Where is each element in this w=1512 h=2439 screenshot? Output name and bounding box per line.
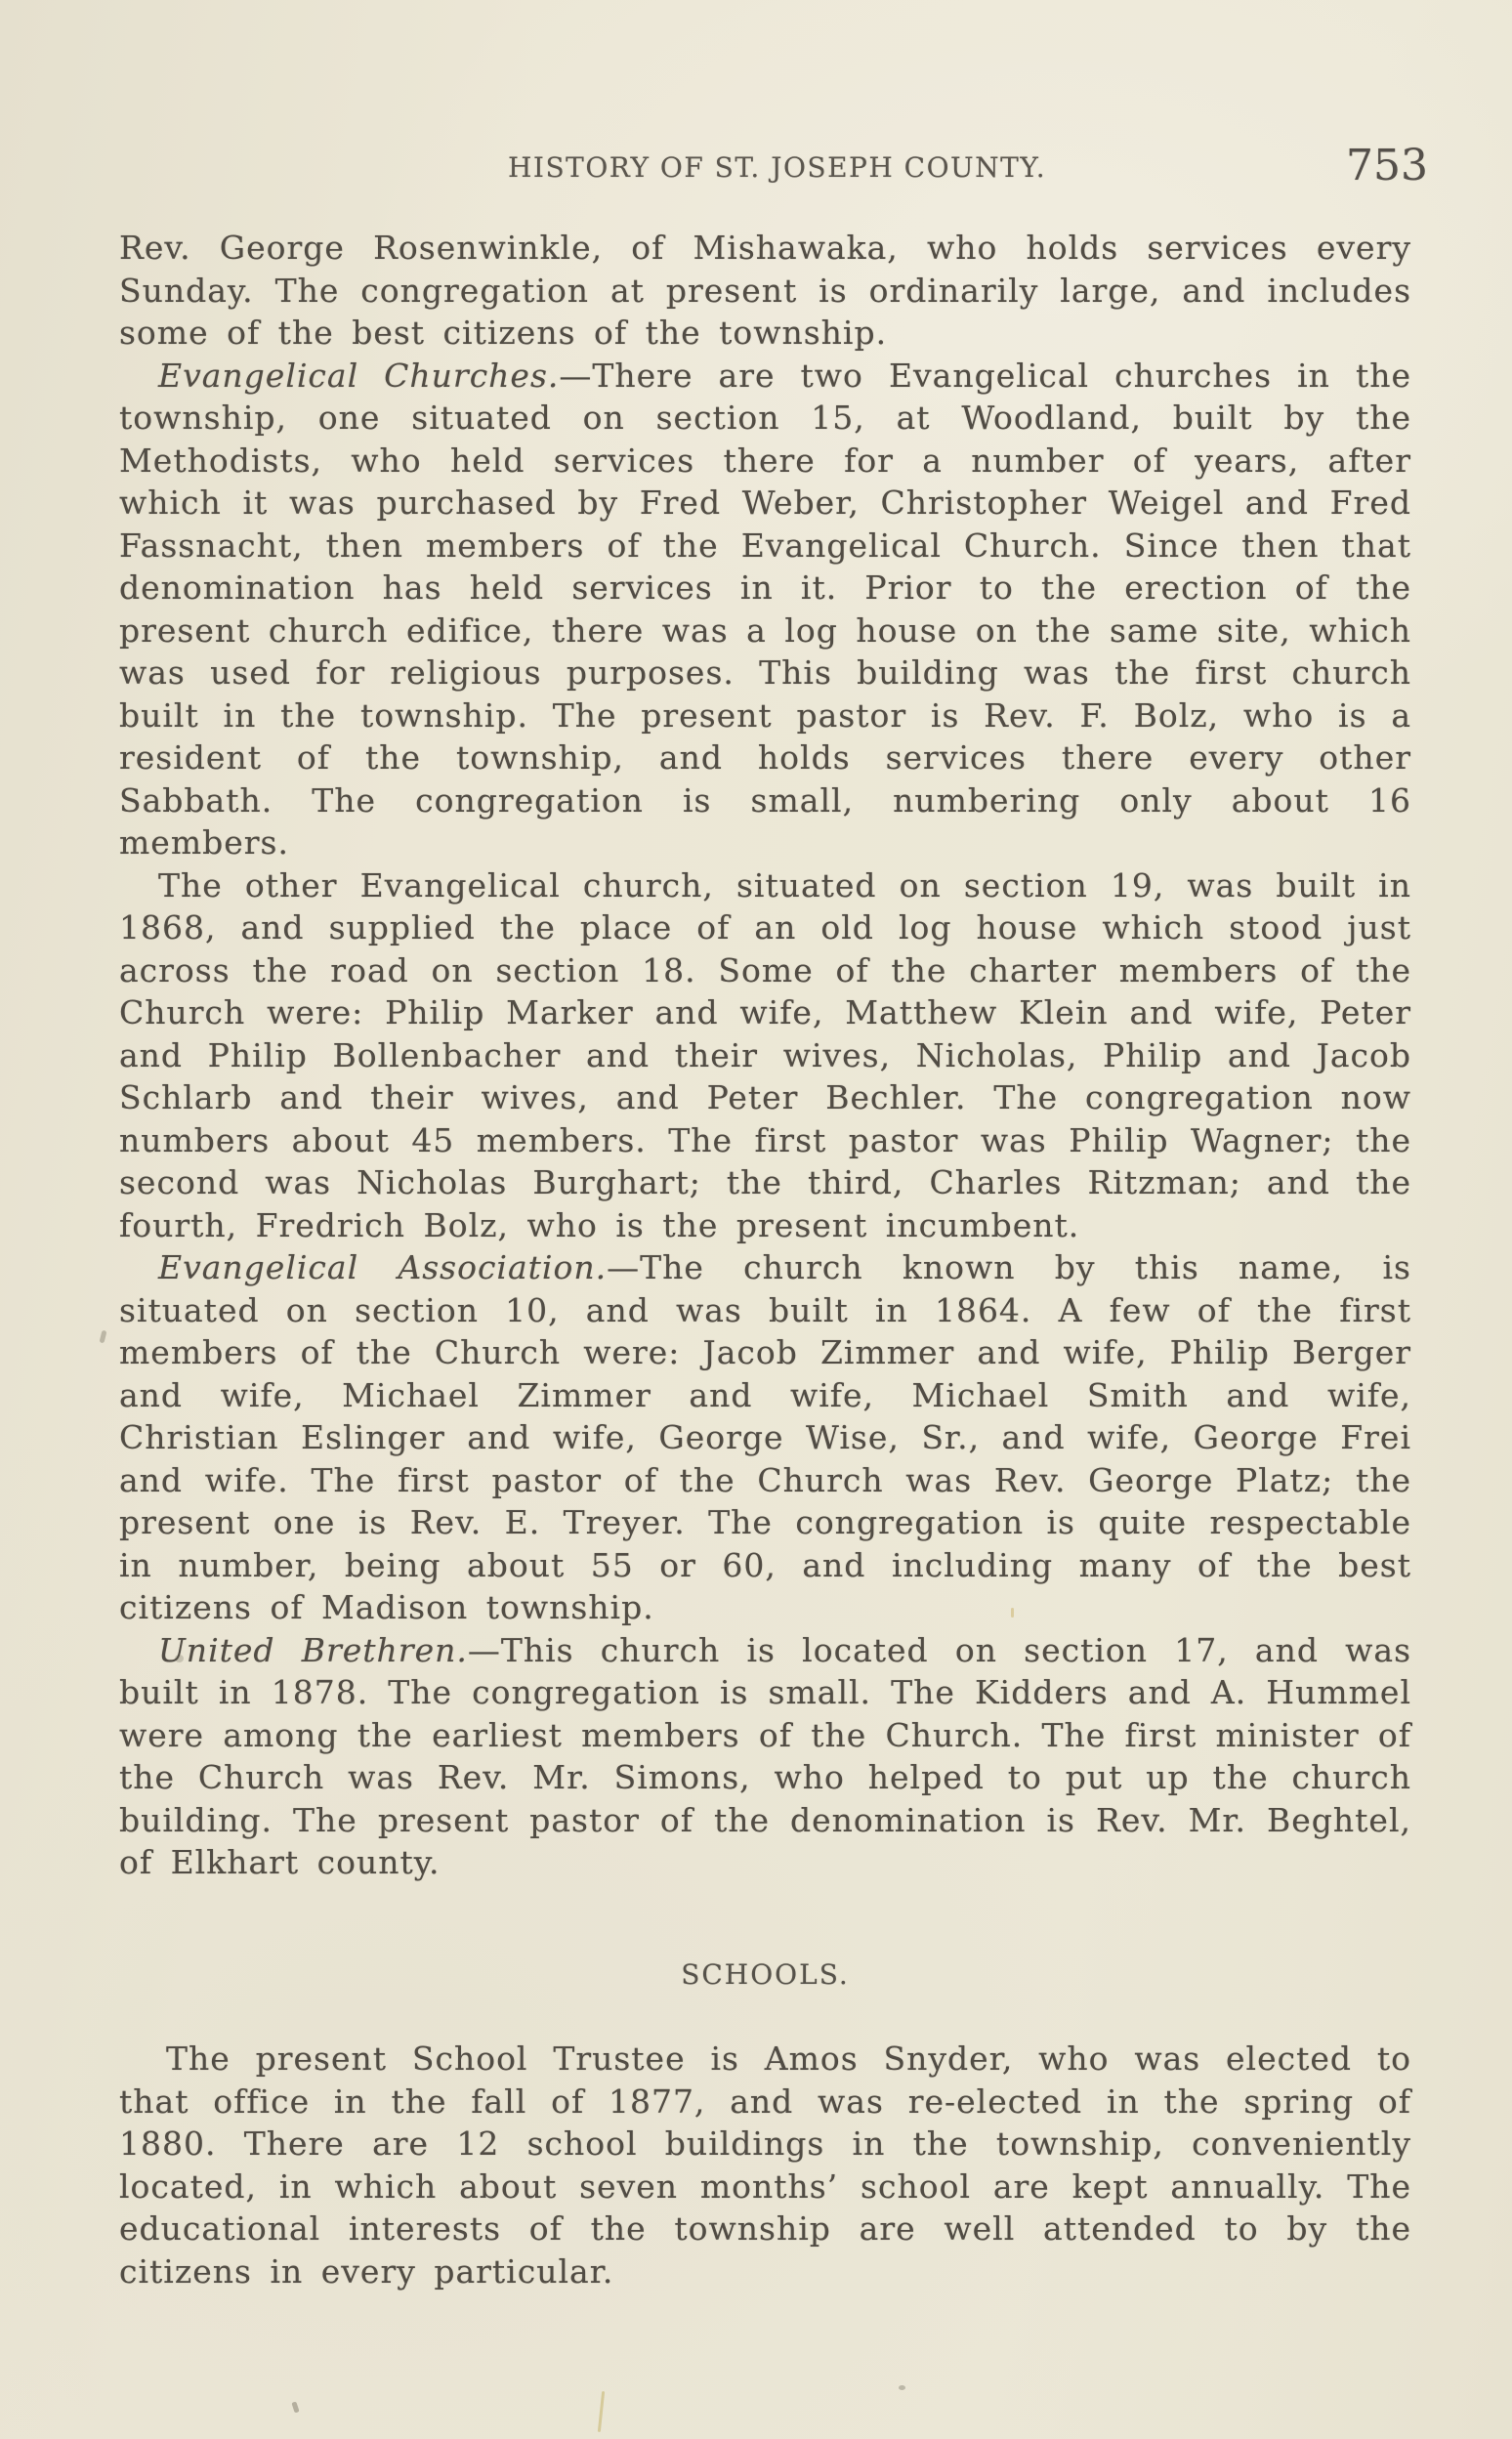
paper-speck <box>899 2385 905 2390</box>
running-head-title: HISTORY OF ST. JOSEPH COUNTY. <box>508 154 1046 182</box>
paragraph-text: —There are two Evangelical churches in t… <box>119 357 1411 862</box>
run-in-heading: Evangelical Association. <box>158 1248 607 1286</box>
run-in-heading: Evangelical Churches. <box>158 357 559 395</box>
paragraph-united-brethren: United Brethren.—This church is located … <box>119 1629 1411 1884</box>
paper-fiber <box>598 2391 605 2432</box>
paragraph-evangelical-association: Evangelical Association.—The church know… <box>119 1246 1411 1629</box>
paper-speck <box>100 1330 107 1344</box>
paper-fiber <box>1011 1608 1014 1618</box>
schools-section: SCHOOLS. The present School Trustee is A… <box>119 1958 1411 2292</box>
scanned-book-page: HISTORY OF ST. JOSEPH COUNTY. 753 Rev. G… <box>0 0 1512 2439</box>
paragraph-text: The other Evangelical church, situated o… <box>119 866 1411 1244</box>
paragraph-schools: The present School Trustee is Amos Snyde… <box>119 2038 1411 2292</box>
paper-speck <box>291 2401 299 2413</box>
section-heading-schools: SCHOOLS. <box>119 1958 1411 1992</box>
paper-speck <box>175 1655 184 1662</box>
paragraph-rosenwinkle-continuation: Rev. George Rosenwinkle, of Mishawaka, w… <box>119 227 1411 355</box>
paragraph-text: —The church known by this name, is situa… <box>119 1248 1411 1626</box>
paragraph-other-evangelical-church: The other Evangelical church, situated o… <box>119 864 1411 1247</box>
paragraph-text: Rev. George Rosenwinkle, of Mishawaka, w… <box>119 229 1411 352</box>
paragraph-evangelical-churches: Evangelical Churches.—There are two Evan… <box>119 355 1411 864</box>
body-text-block: Rev. George Rosenwinkle, of Mishawaka, w… <box>119 227 1411 1884</box>
run-in-heading: United Brethren. <box>158 1631 468 1669</box>
paragraph-text: The present School Trustee is Amos Snyde… <box>119 2040 1411 2291</box>
page-number: 753 <box>1346 145 1428 188</box>
